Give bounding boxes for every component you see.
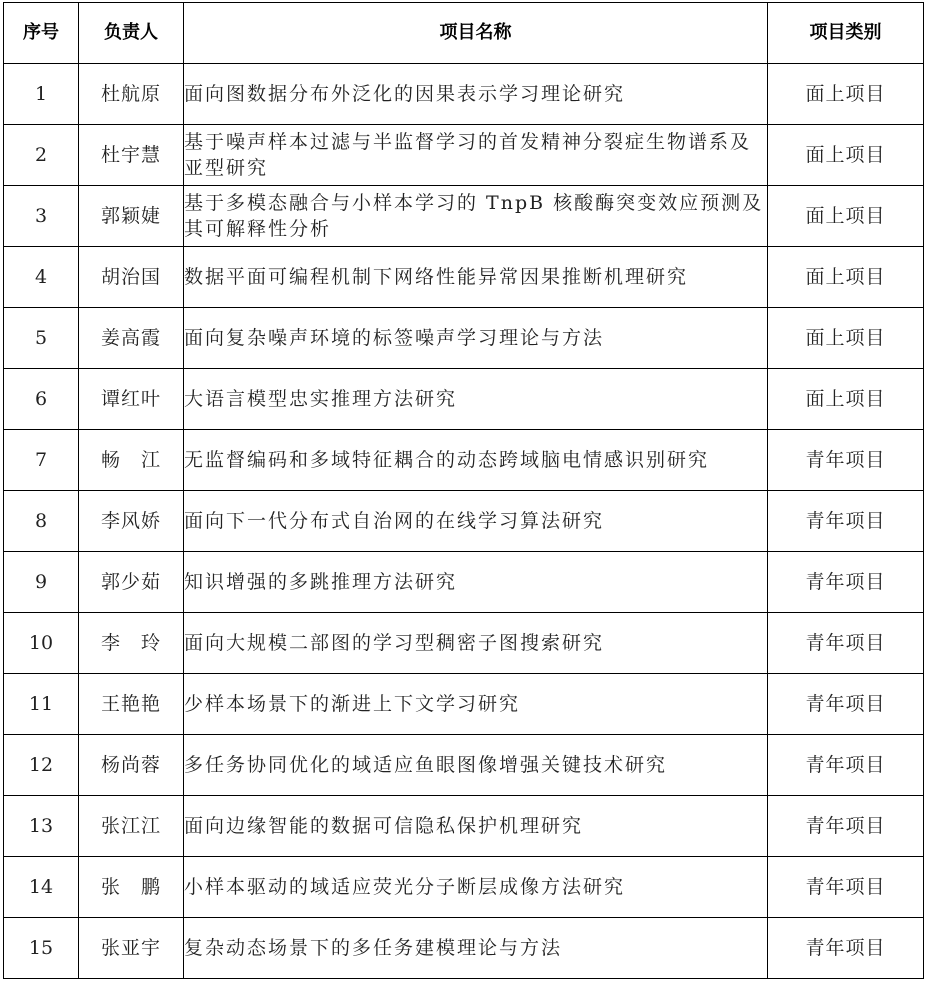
row-no: 7 [4,430,79,491]
row-no: 2 [4,125,79,186]
row-owner: 张亚宇 [79,918,184,979]
row-no: 9 [4,552,79,613]
row-no: 15 [4,918,79,979]
row-owner: 畅 江 [79,430,184,491]
table-row: 1 杜航原 面向图数据分布外泛化的因果表示学习理论研究 面上项目 [4,64,924,125]
row-owner: 谭红叶 [79,369,184,430]
table-row: 11 王艳艳 少样本场景下的渐进上下文学习研究 青年项目 [4,674,924,735]
row-category: 面上项目 [768,125,924,186]
row-title: 面向下一代分布式自治网的在线学习算法研究 [184,491,768,552]
row-no: 3 [4,186,79,247]
row-title: 多任务协同优化的域适应鱼眼图像增强关键技术研究 [184,735,768,796]
row-category: 青年项目 [768,796,924,857]
row-category: 青年项目 [768,918,924,979]
row-title: 基于多模态融合与小样本学习的 TnpB 核酸酶突变效应预测及其可解释性分析 [184,186,768,247]
table-row: 5 姜高霞 面向复杂噪声环境的标签噪声学习理论与方法 面上项目 [4,308,924,369]
row-title: 无监督编码和多域特征耦合的动态跨域脑电情感识别研究 [184,430,768,491]
row-title: 数据平面可编程机制下网络性能异常因果推断机理研究 [184,247,768,308]
row-category: 面上项目 [768,308,924,369]
row-no: 5 [4,308,79,369]
row-owner: 张江江 [79,796,184,857]
table-row: 10 李 玲 面向大规模二部图的学习型稠密子图搜索研究 青年项目 [4,613,924,674]
row-category: 面上项目 [768,186,924,247]
table-row: 7 畅 江 无监督编码和多域特征耦合的动态跨域脑电情感识别研究 青年项目 [4,430,924,491]
row-no: 8 [4,491,79,552]
header-no: 序号 [4,3,79,64]
row-category: 青年项目 [768,613,924,674]
row-category: 青年项目 [768,491,924,552]
row-title: 大语言模型忠实推理方法研究 [184,369,768,430]
table-row: 3 郭颖婕 基于多模态融合与小样本学习的 TnpB 核酸酶突变效应预测及其可解释… [4,186,924,247]
row-owner: 胡治国 [79,247,184,308]
header-row: 序号 负责人 项目名称 项目类别 [4,3,924,64]
header-owner: 负责人 [79,3,184,64]
table-row: 12 杨尚蓉 多任务协同优化的域适应鱼眼图像增强关键技术研究 青年项目 [4,735,924,796]
row-no: 11 [4,674,79,735]
row-no: 10 [4,613,79,674]
table-row: 13 张江江 面向边缘智能的数据可信隐私保护机理研究 青年项目 [4,796,924,857]
row-owner: 郭少茹 [79,552,184,613]
row-title: 少样本场景下的渐进上下文学习研究 [184,674,768,735]
projects-table: 序号 负责人 项目名称 项目类别 1 杜航原 面向图数据分布外泛化的因果表示学习… [3,2,924,979]
row-owner: 王艳艳 [79,674,184,735]
row-no: 6 [4,369,79,430]
table-body: 1 杜航原 面向图数据分布外泛化的因果表示学习理论研究 面上项目 2 杜宇慧 基… [4,64,924,979]
row-owner: 李 玲 [79,613,184,674]
row-category: 青年项目 [768,857,924,918]
row-owner: 张 鹏 [79,857,184,918]
row-title: 面向边缘智能的数据可信隐私保护机理研究 [184,796,768,857]
table-row: 4 胡治国 数据平面可编程机制下网络性能异常因果推断机理研究 面上项目 [4,247,924,308]
row-owner: 姜高霞 [79,308,184,369]
row-title: 面向图数据分布外泛化的因果表示学习理论研究 [184,64,768,125]
table-row: 8 李风娇 面向下一代分布式自治网的在线学习算法研究 青年项目 [4,491,924,552]
row-category: 青年项目 [768,552,924,613]
row-owner: 杜宇慧 [79,125,184,186]
row-no: 13 [4,796,79,857]
row-no: 12 [4,735,79,796]
header-title: 项目名称 [184,3,768,64]
table-row: 9 郭少茹 知识增强的多跳推理方法研究 青年项目 [4,552,924,613]
row-owner: 郭颖婕 [79,186,184,247]
table-row: 6 谭红叶 大语言模型忠实推理方法研究 面上项目 [4,369,924,430]
row-category: 面上项目 [768,64,924,125]
row-category: 面上项目 [768,247,924,308]
row-no: 14 [4,857,79,918]
row-title: 小样本驱动的域适应荧光分子断层成像方法研究 [184,857,768,918]
row-category: 青年项目 [768,735,924,796]
row-title: 复杂动态场景下的多任务建模理论与方法 [184,918,768,979]
table-row: 14 张 鹏 小样本驱动的域适应荧光分子断层成像方法研究 青年项目 [4,857,924,918]
row-owner: 杨尚蓉 [79,735,184,796]
row-title: 面向复杂噪声环境的标签噪声学习理论与方法 [184,308,768,369]
row-title: 面向大规模二部图的学习型稠密子图搜索研究 [184,613,768,674]
row-no: 4 [4,247,79,308]
table-row: 2 杜宇慧 基于噪声样本过滤与半监督学习的首发精神分裂症生物谱系及亚型研究 面上… [4,125,924,186]
row-category: 青年项目 [768,674,924,735]
row-no: 1 [4,64,79,125]
row-category: 青年项目 [768,430,924,491]
row-title: 基于噪声样本过滤与半监督学习的首发精神分裂症生物谱系及亚型研究 [184,125,768,186]
table-row: 15 张亚宇 复杂动态场景下的多任务建模理论与方法 青年项目 [4,918,924,979]
row-owner: 李风娇 [79,491,184,552]
header-category: 项目类别 [768,3,924,64]
row-title: 知识增强的多跳推理方法研究 [184,552,768,613]
row-category: 面上项目 [768,369,924,430]
row-owner: 杜航原 [79,64,184,125]
